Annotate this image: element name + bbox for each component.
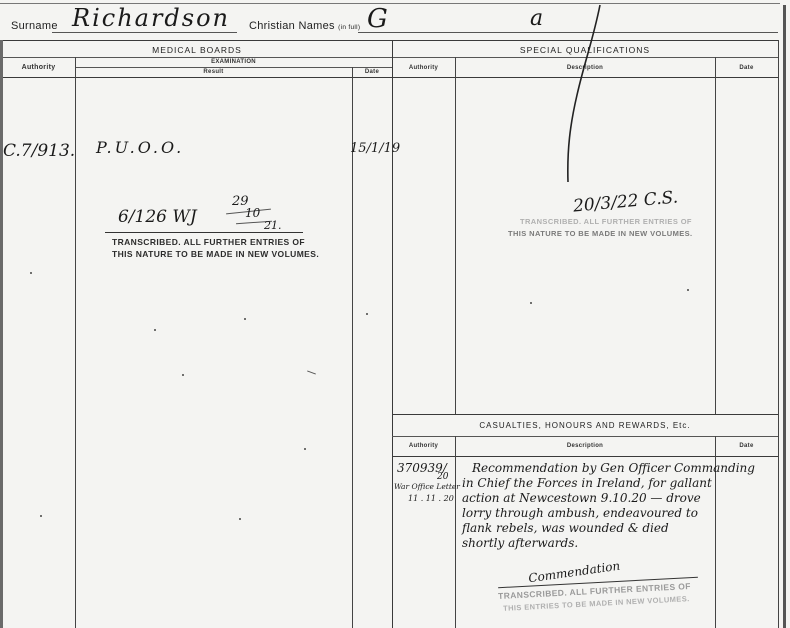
table-top-border bbox=[2, 40, 778, 41]
christian-names-text: Christian Names bbox=[249, 20, 335, 32]
special-col-divider-2 bbox=[715, 57, 716, 415]
special-note-date-initials: 20/3/22 C.S. bbox=[572, 187, 679, 216]
medical-boards-title: MEDICAL BOARDS bbox=[2, 45, 392, 55]
christian-names-label: Christian Names (in full) bbox=[249, 20, 360, 32]
section-divider bbox=[392, 40, 393, 628]
medical-entry-authority: C.7/913. bbox=[3, 141, 75, 161]
scan-speck bbox=[304, 448, 306, 450]
casualties-col-divider-1 bbox=[455, 436, 456, 628]
casualty-authority-date: 11 . 11 . 20 bbox=[408, 494, 454, 503]
casualty-description-line: Recommendation by Gen Officer Commanding bbox=[462, 461, 762, 476]
scan-speck bbox=[154, 329, 156, 331]
examination-header: EXAMINATION bbox=[75, 59, 392, 65]
special-transcribed-stamp-line1: TRANSCRIBED. ALL FURTHER ENTRIES OF bbox=[520, 216, 692, 228]
result-header: Result bbox=[75, 69, 352, 75]
right-border-outer bbox=[783, 5, 786, 628]
surname-underline bbox=[52, 32, 237, 33]
special-transcribed-stamp-line2: THIS NATURE TO BE MADE IN NEW VOLUMES. bbox=[508, 228, 693, 240]
medical-transcribed-stamp-line1: TRANSCRIBED. ALL FURTHER ENTRIES OF bbox=[112, 236, 305, 248]
medical-note-reference: 6/126 WJ bbox=[118, 207, 197, 227]
scan-speck bbox=[182, 374, 184, 376]
medical-note-date-month: 10 bbox=[245, 206, 260, 220]
special-col-divider-1 bbox=[455, 57, 456, 415]
casualty-authority-suffix: 20 bbox=[437, 472, 448, 482]
casualty-description-line: action at Newcestown 9.10.20 — drove bbox=[462, 491, 762, 506]
medical-authority-header: Authority bbox=[2, 64, 75, 71]
scan-stroke bbox=[307, 370, 316, 374]
medical-note-underline bbox=[105, 232, 303, 233]
scan-speck bbox=[40, 515, 42, 517]
casualty-description-line: lorry through ambush, endeavoured to bbox=[462, 506, 762, 521]
examination-subdivider bbox=[75, 67, 392, 68]
pen-stroke-mark bbox=[555, 0, 605, 185]
medical-date-header: Date bbox=[352, 69, 392, 75]
column-header-divider bbox=[2, 77, 778, 78]
casualty-description-line: in Chief the Forces in Ireland, for gall… bbox=[462, 476, 762, 491]
casualty-description-line: flank rebels, was wounded & died bbox=[462, 521, 762, 536]
scan-speck bbox=[30, 272, 32, 274]
special-authority-header: Authority bbox=[392, 65, 455, 71]
casualty-description: Recommendation by Gen Officer Commanding… bbox=[462, 461, 762, 551]
casualty-authority-source: War Office Letter bbox=[394, 482, 460, 491]
top-edge-line bbox=[0, 3, 780, 4]
casualties-authority-header: Authority bbox=[392, 443, 455, 449]
left-border bbox=[0, 40, 3, 628]
medical-entry-result: P.U.O.O. bbox=[96, 138, 184, 157]
surname-value: Richardson bbox=[72, 4, 230, 32]
scan-speck bbox=[687, 289, 689, 291]
christian-names-note: (in full) bbox=[338, 24, 360, 31]
scan-speck bbox=[239, 518, 241, 520]
scan-speck bbox=[530, 302, 532, 304]
casualties-description-header: Description bbox=[455, 443, 715, 449]
casualty-description-line: shortly afterwards. bbox=[462, 536, 762, 551]
scan-speck bbox=[366, 313, 368, 315]
casualties-date-header: Date bbox=[715, 443, 778, 449]
section-title-divider bbox=[2, 57, 778, 58]
medical-transcribed-stamp-line2: THIS NATURE TO BE MADE IN NEW VOLUMES. bbox=[112, 248, 319, 260]
medical-entry-date: 15/1/19 bbox=[350, 141, 400, 156]
surname-label: Surname bbox=[11, 20, 58, 32]
casualties-top-border bbox=[392, 414, 778, 415]
scan-speck bbox=[244, 318, 246, 320]
right-border-inner bbox=[778, 40, 779, 628]
christian-name-initial-2: a bbox=[530, 6, 543, 31]
casualties-title: CASUALTIES, HONOURS AND REWARDS, Etc. bbox=[392, 421, 778, 430]
special-date-header: Date bbox=[715, 65, 778, 71]
casualties-title-divider bbox=[392, 436, 778, 437]
medical-note-date-year: 21. bbox=[264, 219, 282, 232]
christian-name-initial-1: G bbox=[367, 4, 388, 34]
casualties-header-divider bbox=[392, 456, 778, 457]
